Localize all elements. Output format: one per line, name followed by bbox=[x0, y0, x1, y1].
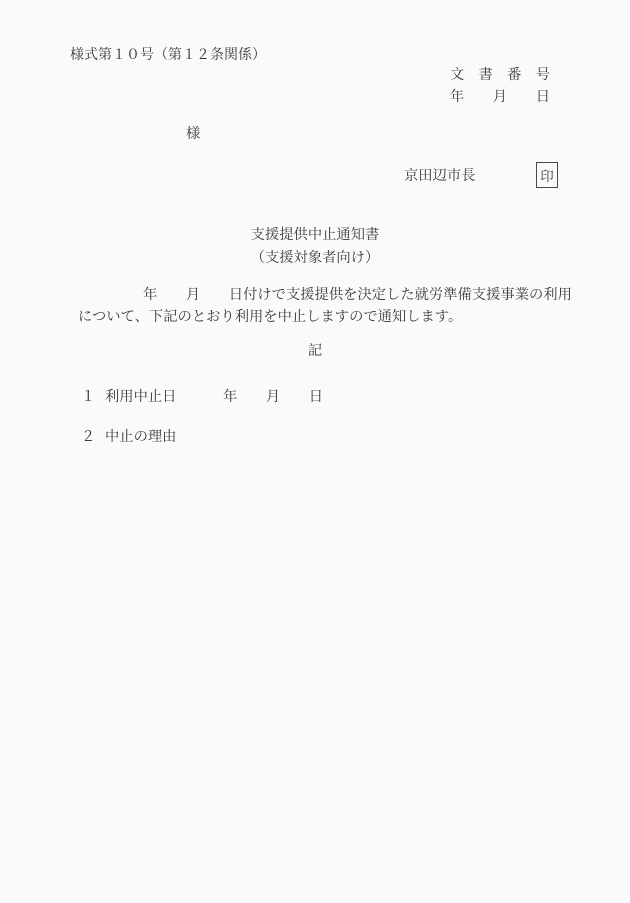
sender-title: 京田辺市長 bbox=[404, 169, 475, 185]
body-paragraph-line-2: について、下記のとおり利用を中止しますので通知します。 bbox=[78, 310, 462, 326]
section-marker-ki: 記 bbox=[0, 344, 630, 360]
document-number-label: 文 書 番 号 bbox=[450, 68, 550, 84]
form-number-label: 様式第１０号（第１２条関係） bbox=[70, 48, 266, 63]
seal-box: 印 bbox=[536, 162, 558, 188]
list-item-2-label: 中止の理由 bbox=[105, 430, 176, 446]
document-title: 支援提供中止通知書 bbox=[0, 228, 630, 244]
list-item-1-date-placeholder: 年 月 日 bbox=[223, 390, 323, 406]
addressee-honorific: 様 bbox=[186, 127, 200, 143]
header-date-line: 年 月 日 bbox=[450, 90, 550, 106]
list-item-1-label: 利用中止日 bbox=[105, 390, 176, 406]
list-item-2-number: ２ bbox=[81, 430, 95, 446]
body-paragraph-line-1: 年 月 日付けで支援提供を決定した就労準備支援事業の利用 bbox=[143, 288, 572, 304]
seal-label: 印 bbox=[540, 165, 554, 185]
list-item-1-number: １ bbox=[81, 390, 95, 406]
document-page: 様式第１０号（第１２条関係） 文 書 番 号 年 月 日 様 京田辺市長 印 支… bbox=[0, 0, 630, 903]
document-subtitle: （支援対象者向け） bbox=[0, 251, 630, 267]
